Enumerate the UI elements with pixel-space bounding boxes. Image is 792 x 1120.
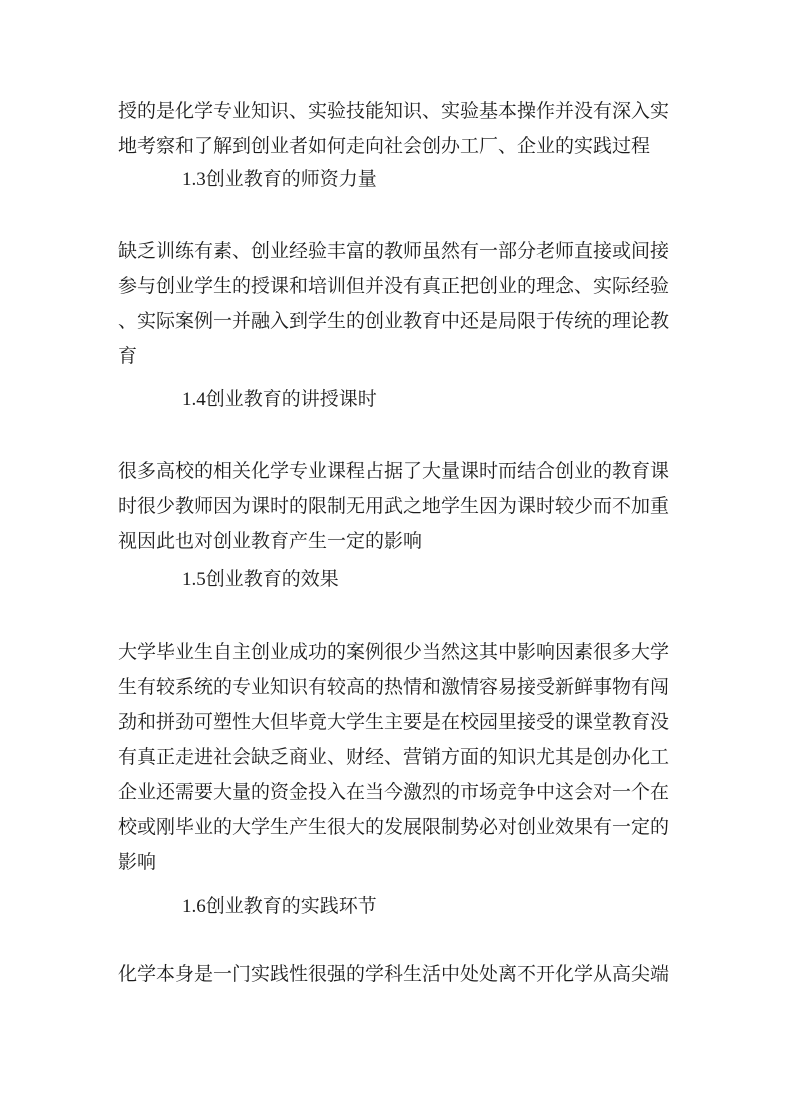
text-line: 视因此也对创业教育产生一定的影响	[118, 524, 674, 559]
text-line: 时很少教师因为课时的限制无用武之地学生因为课时较少而不加重	[118, 489, 674, 524]
paragraph-section-1-6: 化学本身是一门实践性很强的学科生活中处处离不开化学从高尖端	[118, 957, 674, 992]
text-line: 化学本身是一门实践性很强的学科生活中处处离不开化学从高尖端	[118, 957, 674, 992]
paragraph-section-1-5: 大学毕业生自主创业成功的案例很少当然这其中影响因素很多大学 生有较系统的专业知识…	[118, 635, 674, 880]
text-line: 参与创业学生的授课和培训但并没有真正把创业的理念、实际经验	[118, 269, 674, 304]
paragraph-section-1-4: 很多高校的相关化学专业课程占据了大量课时而结合创业的教育课 时很少教师因为课时的…	[118, 454, 674, 559]
text-line: 授的是化学专业知识、实验技能知识、实验基本操作并没有深入实	[118, 94, 674, 129]
text-line: 影响	[118, 845, 674, 880]
text-line: 生有较系统的专业知识有较高的热情和激情容易接受新鲜事物有闯	[118, 670, 674, 705]
section-heading-1-6: 1.6创业教育的实践环节	[118, 889, 738, 924]
text-line: 很多高校的相关化学专业课程占据了大量课时而结合创业的教育课	[118, 454, 674, 489]
text-line: 有真正走进社会缺乏商业、财经、营销方面的知识尤其是创办化工	[118, 740, 674, 775]
paragraph-intro-continuation: 授的是化学专业知识、实验技能知识、实验基本操作并没有深入实 地考察和了解到创业者…	[118, 94, 674, 164]
text-line: 校或刚毕业的大学生产生很大的发展限制势必对创业效果有一定的	[118, 810, 674, 845]
text-line: 企业还需要大量的资金投入在当今激烈的市场竞争中这会对一个在	[118, 775, 674, 810]
text-line: 、实际案例一并融入到学生的创业教育中还是局限于传统的理论教	[118, 304, 674, 339]
text-line: 缺乏训练有素、创业经验丰富的教师虽然有一部分老师直接或间接	[118, 234, 674, 269]
text-line: 劲和拼劲可塑性大但毕竟大学生主要是在校园里接受的课堂教育没	[118, 705, 674, 740]
paragraph-section-1-3: 缺乏训练有素、创业经验丰富的教师虽然有一部分老师直接或间接 参与创业学生的授课和…	[118, 234, 674, 374]
text-line: 大学毕业生自主创业成功的案例很少当然这其中影响因素很多大学	[118, 635, 674, 670]
text-line: 育	[118, 339, 674, 374]
text-line: 地考察和了解到创业者如何走向社会创办工厂、企业的实践过程	[118, 129, 674, 164]
section-heading-1-4: 1.4创业教育的讲授课时	[118, 382, 738, 417]
section-heading-1-3: 1.3创业教育的师资力量	[118, 162, 738, 197]
section-heading-1-5: 1.5创业教育的效果	[118, 562, 738, 597]
document-page: 授的是化学专业知识、实验技能知识、实验基本操作并没有深入实 地考察和了解到创业者…	[0, 0, 792, 1120]
